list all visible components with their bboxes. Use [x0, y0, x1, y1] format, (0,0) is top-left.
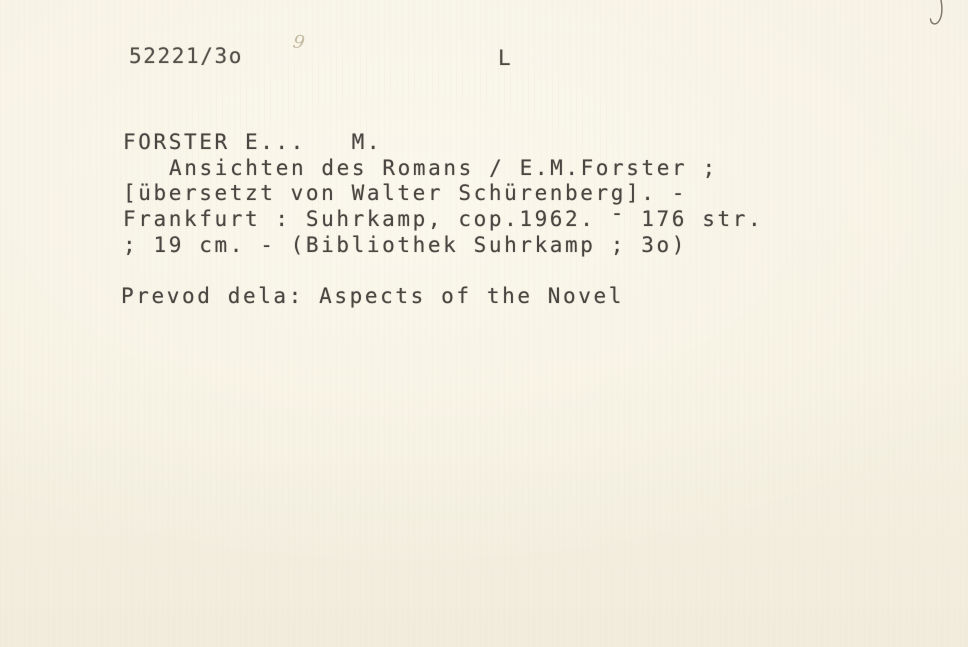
catalog-card: 52221/3o 9 L FORSTER E... M. Ansichten d… — [0, 0, 968, 647]
pen-stroke-mark — [928, 0, 956, 30]
heading-line: FORSTER E... M. — [123, 130, 763, 156]
call-number: 52221/3o — [129, 44, 243, 68]
translation-note-line: Prevod dela: Aspects of the Novel — [121, 284, 763, 310]
card-body: FORSTER E... M. Ansichten des Romans / E… — [123, 130, 763, 310]
imprint-text-post: 176 str. — [626, 207, 763, 231]
pencil-annotation: 9 — [291, 31, 306, 54]
imprint-line: Frankfurt : Suhrkamp, cop.1962. - 176 st… — [123, 207, 763, 233]
translator-line: [übersetzt von Walter Schürenberg]. - — [123, 181, 763, 207]
collation-series-line: ; 19 cm. - (Bibliothek Suhrkamp ; 3o) — [123, 233, 763, 259]
imprint-text-pre: Frankfurt : Suhrkamp, cop.1962. — [123, 207, 611, 231]
section-letter: L — [498, 46, 513, 70]
raised-dash: - — [611, 201, 626, 225]
title-line: Ansichten des Romans / E.M.Forster ; — [123, 156, 763, 182]
